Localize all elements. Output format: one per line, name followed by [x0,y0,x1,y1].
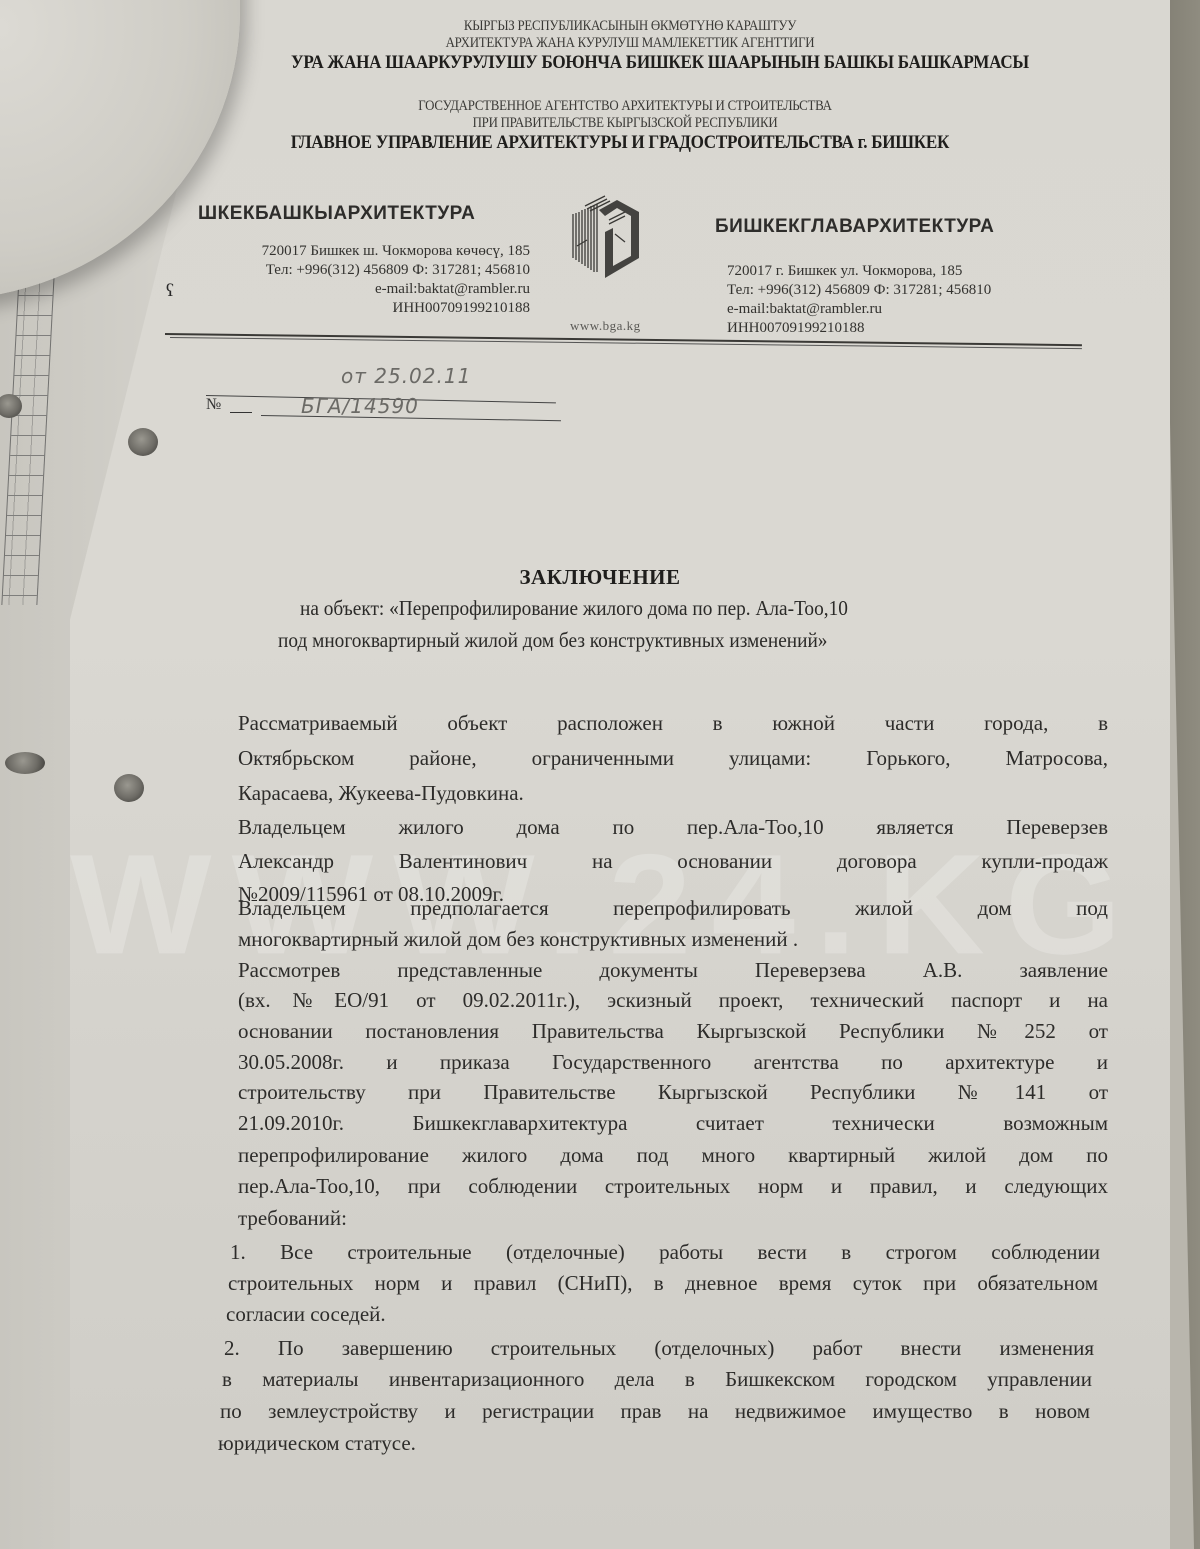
body-line: (вх.№ЕО/91 от 09.02.2011г.), эскизный пр… [238,985,1108,1015]
website-link: www.bga.kg [570,318,641,334]
body-line: многоквартирный жилой дом без конструкти… [238,924,1108,954]
header-ru-line-2: ПРИ ПРАВИТЕЛЬСТВЕ КЫРГЫЗСКОЙ РЕСПУБЛИКИ [109,115,1141,132]
header-kg-line-2: АРХИТЕКТУРА ЖАНА КУРУЛУШ МАМЛЕКЕТТИК АГЕ… [114,35,1146,52]
body-line: Владельцем предполагается перепрофилиров… [238,893,1108,923]
number-dash [230,412,252,413]
address-ru-street: 720017 г. Бишкек ул. Чокморова, 185 [727,262,991,281]
body-line: Рассмотрев представленные документы Пере… [238,955,1108,985]
subtitle-line-2: под многоквартирный жилой дом без констр… [278,628,827,653]
address-kg: 720017 Бишкек ш. Чокморова көчөсү, 185 Т… [200,242,530,318]
address-kg-inn: ИНН00709199210188 [200,299,530,318]
header-kg-line-1: КЫРГЫЗ РЕСПУБЛИКАСЫНЫН ӨКМӨТҮНӨ КАРАШТУУ [114,18,1146,35]
number-label: № [206,396,221,414]
header-ru-bold: ГЛАВНОЕ УПРАВЛЕНИЕ АРХИТЕКТУРЫ И ГРАДОСТ… [80,132,1160,154]
address-kg-street: 720017 Бишкек ш. Чокморова көчөсү, 185 [200,242,530,261]
document-photo: WWW.24.KG КЫРГЫЗ РЕСПУБЛИКАСЫНЫН ӨКМӨТҮН… [0,0,1200,1549]
requirement-2: 2. По завершению строительных (отделочны… [224,1333,1094,1363]
address-ru-inn: ИНН00709199210188 [727,319,991,338]
body-line: Рассматриваемый объект расположен в южно… [238,708,1108,738]
body-line: Карасаева, Жукеева-Пудовкина. [238,778,1108,808]
body-line: основании постановления Правительства Кы… [238,1016,1108,1046]
document-content: КЫРГЫЗ РЕСПУБЛИКАСЫНЫН ӨКМӨТҮНӨ КАРАШТУУ… [0,0,1200,1549]
document-title: ЗАКЛЮЧЕНИЕ [0,565,1200,590]
body-line: требований: [238,1203,1108,1233]
cube-logo-icon [565,186,645,286]
org-name-kg: ШКЕКБАШКЫАРХИТЕКТУРА [198,203,475,225]
header-kg-bold: УРА ЖАНА ШААРКУРУЛУШУ БОЮНЧА БИШКЕК ШААР… [120,52,1200,74]
requirement-2-end: юридическом статусе. [218,1428,1088,1458]
requirement-1: 1. Все строительные (отделочные) работы … [230,1237,1100,1267]
requirement-2-cont: по землеустройству и регистрации прав на… [220,1396,1090,1426]
body-line: Октябрьском районе, ограниченными улицам… [238,743,1108,773]
requirement-1-cont: строительных норм и правил (СНиП), в дне… [228,1268,1098,1298]
org-name-ru: БИШКЕКГЛАВАРХИТЕКТУРА [715,216,994,238]
body-line: строительству при Правительстве Кыргызск… [238,1077,1108,1107]
requirement-1-end: согласии соседей. [226,1299,1096,1329]
handwritten-date: от 25.02.11 [341,364,471,388]
address-ru-email: e-mail:baktat@rambler.ru [727,300,991,319]
address-ru: 720017 г. Бишкек ул. Чокморова, 185 Тел:… [727,262,991,338]
address-kg-email: e-mail:baktat@rambler.ru [200,280,530,299]
address-kg-phone: Тел: +996(312) 456809 Ф: 317281; 456810 [200,261,530,280]
requirement-2-cont: в материалы инвентаризационного дела в Б… [222,1364,1092,1394]
body-line: Владельцем жилого дома по пер.Ала-Тоо,10… [238,812,1108,842]
header-ru-line-1: ГОСУДАРСТВЕННОЕ АГЕНТСТВО АРХИТЕКТУРЫ И … [109,98,1141,115]
body-line: пер.Ала-Тоо,10, при соблюдении строитель… [238,1171,1108,1201]
handwritten-number: БГА/14590 [301,394,419,418]
address-ru-phone: Тел: +996(312) 456809 Ф: 317281; 456810 [727,281,991,300]
body-line: 21.09.2010г. Бишкекглавархитектура счита… [238,1108,1108,1138]
subtitle-line-1: на объект: «Перепрофилирование жилого до… [300,596,848,621]
body-line: 30.05.2008г. и приказа Государственного … [238,1047,1108,1077]
registration-number: № от 25.02.11 БГА/14590 [206,360,526,430]
ink-mark: ʕ [166,280,174,301]
body-line: Александр Валентинович на основании дого… [238,846,1108,876]
body-line: перепрофилирование жилого дома под много… [238,1140,1108,1170]
